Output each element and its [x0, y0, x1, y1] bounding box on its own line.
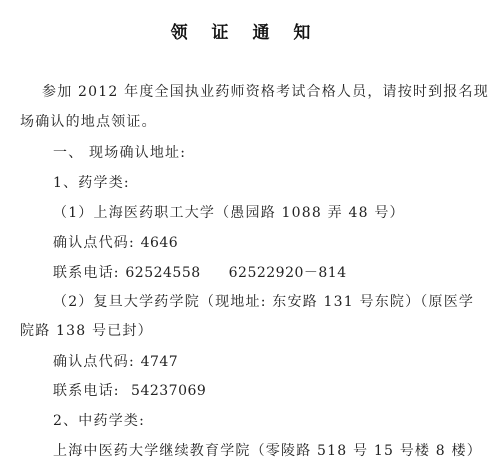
site-2-code-row: 确认点代码: 4747 [53, 353, 178, 371]
site-2-name-line-1: （2）复旦大学药学院（现地址: 东安路 131 号东院）（原医学 [53, 293, 474, 311]
document-title: 领 证 通 知 [0, 18, 490, 43]
site-1-code-row: 确认点代码: 4646 [53, 234, 178, 252]
tcm-site-name: 上海中医药大学继续教育学院（零陵路 518 号 15 号楼 8 楼） [53, 442, 482, 460]
site-1-code-value: 4646 [141, 235, 179, 251]
site-2-code-label: 确认点代码: [53, 354, 135, 370]
intro-line-2: 场确认的地点领证。 [20, 113, 157, 131]
site-2-code-value: 4747 [141, 354, 179, 370]
category-tcm-label: 2、中药学类: [53, 412, 145, 430]
site-2-phone-row: 联系电话: 54237069 [53, 382, 206, 400]
intro-line-1: 参加 2012 年度全国执业药师资格考试合格人员，请按时到报名现 [42, 83, 489, 101]
notice-document: 领 证 通 知 参加 2012 年度全国执业药师资格考试合格人员，请按时到报名现… [0, 0, 490, 461]
site-1-phone-2: 62522920－814 [229, 265, 347, 281]
site-1-name: （1）上海医药职工大学（愚园路 1088 弄 48 号） [53, 204, 405, 222]
site-2-name-line-2: 院路 138 号已封） [20, 322, 153, 340]
site-1-phone-label: 联系电话: [53, 265, 120, 281]
site-2-phone-label: 联系电话: [53, 383, 120, 399]
category-pharmacy-label: 1、药学类: [53, 174, 130, 192]
site-1-phone-row: 联系电话: 6252455862522920－814 [53, 264, 347, 282]
site-1-phone-1: 62524558 [125, 265, 200, 281]
section-heading: 一、 现场确认地址: [53, 144, 186, 162]
site-1-code-label: 确认点代码: [53, 235, 135, 251]
site-2-phone-1: 54237069 [131, 383, 206, 399]
